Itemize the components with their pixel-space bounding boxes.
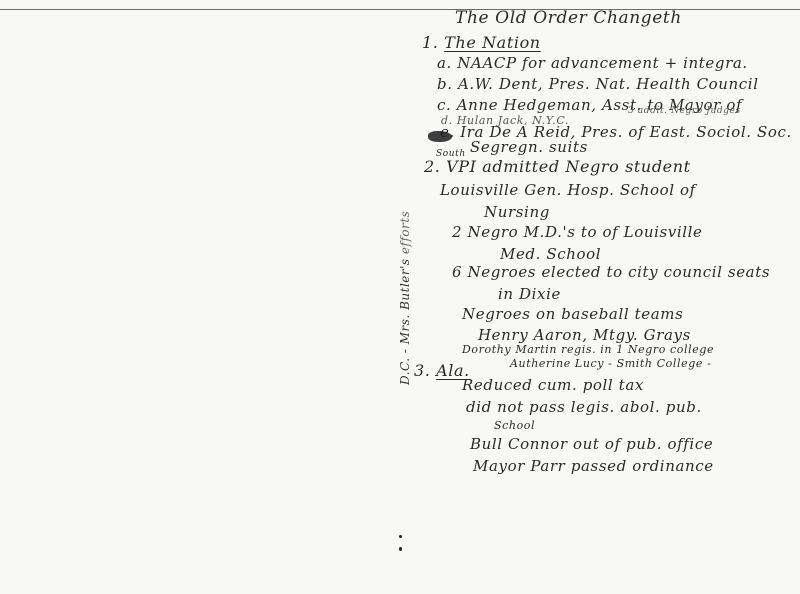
section-2-line: Louisville Gen. Hosp. School of [440,183,696,198]
section-2-line: Nursing [484,205,550,220]
section-2-number: 2. [424,157,440,176]
item-text: A.W. Dent, Pres. Nat. Health Council [458,75,759,93]
margin-note: D.C. - Mrs. Butler's efforts [398,211,412,385]
section-1-number: 1. [422,33,438,52]
document-title: The Old Order Changeth [455,10,682,27]
section-2-line: 6 Negroes elected to city council seats [452,265,770,280]
margin-note-extra: efforts [398,211,412,254]
section-1-heading: 1. The Nation [422,35,541,51]
item-marker: b. [437,75,453,93]
section-3-line: School [494,420,535,431]
section-2-line: 2 Negro M.D.'s to of Louisville [452,225,703,240]
segregation-suits-line: Segregn. suits [470,140,588,155]
section-2-line: Dorothy Martin regis. in 1 Negro college [462,344,714,355]
section-3-line: Mayor Parr passed ordinance [473,459,714,474]
item-text: NAACP for advancement + integra. [457,54,748,72]
scanned-document-page: The Old Order Changeth 1. The Nation a. … [0,0,800,594]
margin-note-text: D.C. - Mrs. Butler's [398,258,412,385]
section-1-item-a: a. NAACP for advancement + integra. [437,56,748,71]
ink-mark [399,535,402,538]
section-3-line: Autherine Lucy - Smith College - [510,358,711,369]
section-1-item-d-aside: 3 addit. Negro Judges [628,107,741,116]
section-2-heading: 2. VPI admitted Negro student [424,159,691,175]
section-2-line: Negroes on baseball teams [462,307,683,322]
ink-mark [399,547,402,551]
item-marker: c. [437,96,451,114]
ink-blot [428,131,452,142]
section-3-line: Bull Connor out of pub. office [470,437,713,452]
section-2-title: VPI admitted Negro student [446,157,691,176]
section-3-line: did not pass legis. abol. pub. [466,400,702,415]
section-3-line: Reduced cum. poll tax [462,378,644,393]
section-2-line: in Dixie [498,287,561,302]
section-2-line: Med. School [500,247,601,262]
section-2-line: Henry Aaron, Mtgy. Grays [478,328,691,343]
section-1-item-b: b. A.W. Dent, Pres. Nat. Health Council [437,77,759,92]
item-marker: a. [437,54,452,72]
section-3-number: 3. [414,361,430,380]
section-1-title: The Nation [444,33,541,52]
